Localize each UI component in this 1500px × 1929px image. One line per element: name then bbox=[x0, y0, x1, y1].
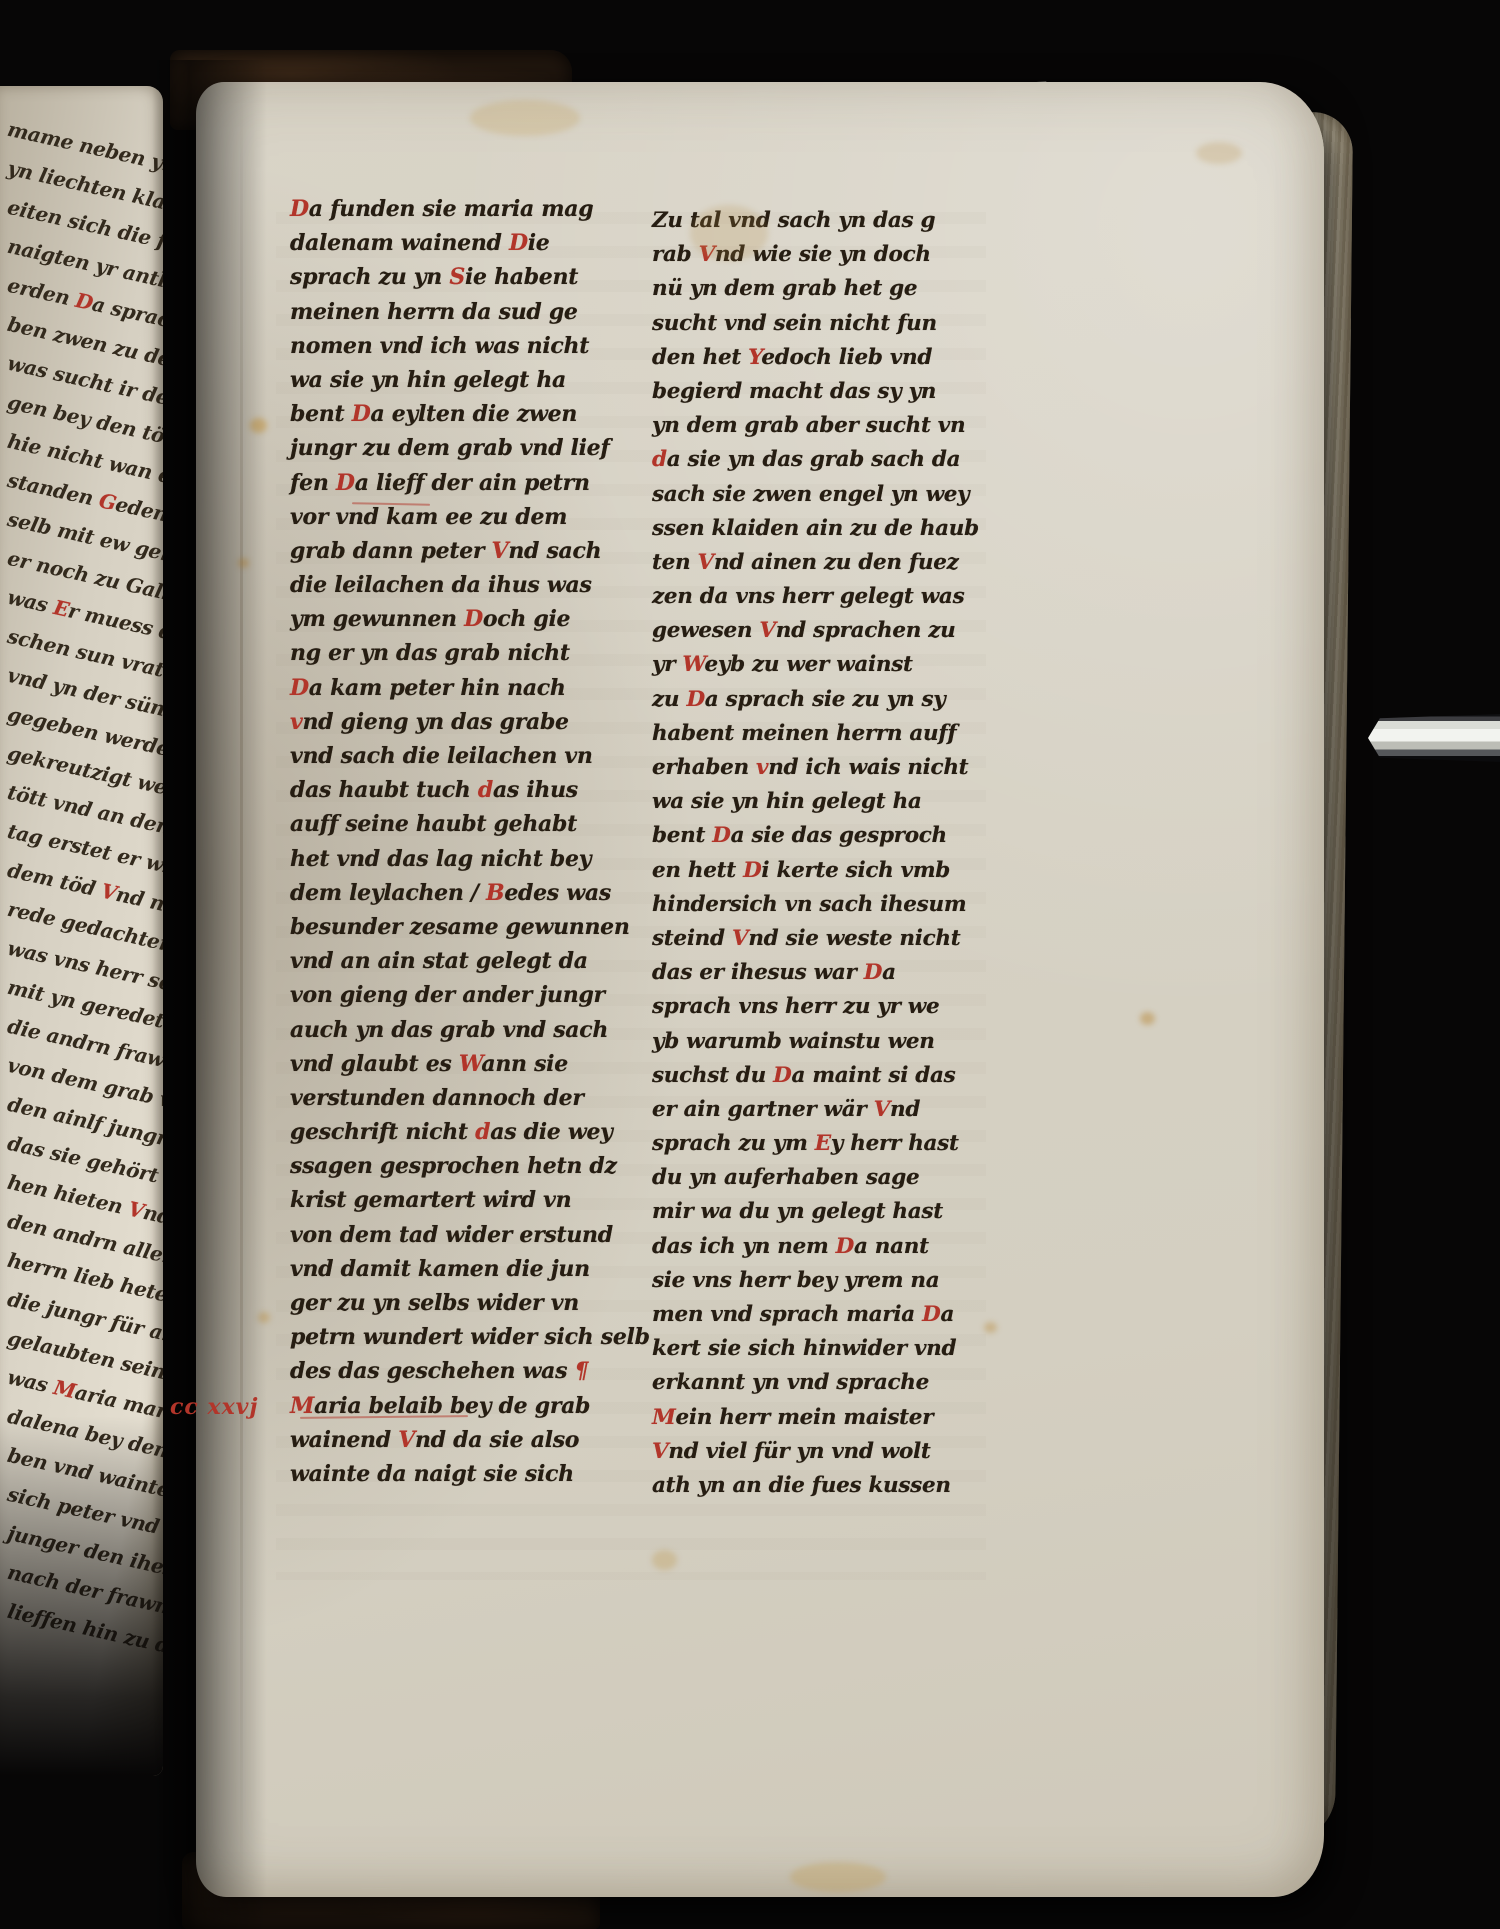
manuscript-text-line: zu Da sprach sie zu yn sy bbox=[652, 683, 982, 717]
manuscript-text-line: nü yn dem grab het ge bbox=[652, 272, 982, 306]
rubric-initial: D bbox=[290, 196, 309, 222]
rubric-initial: D bbox=[464, 606, 483, 632]
rubric-initial: E bbox=[815, 1131, 831, 1156]
manuscript-text-line: Da kam peter hin nach bbox=[290, 671, 610, 705]
manuscript-text-line: sprach zu ym Ey herr hast bbox=[652, 1127, 982, 1161]
manuscript-text-line: erkannt yn vnd sprache bbox=[652, 1366, 982, 1400]
manuscript-text-line: bent Da sie das gesproch bbox=[652, 819, 982, 853]
text-column-left: Da funden sie maria magdalenam wainend D… bbox=[290, 192, 610, 1491]
rubric-initial: ¶ bbox=[575, 1358, 589, 1384]
manuscript-text-line: geschrift nicht das die wey bbox=[290, 1115, 610, 1149]
manuscript-text-line: ger zu yn selbs wider vn bbox=[290, 1286, 610, 1320]
rubric-initial: D bbox=[509, 230, 528, 256]
manuscript-text-line: lieffen hin zu dem grab bbox=[4, 1592, 163, 1702]
previous-page-text: mame neben yn stanyn liechten klaidd da … bbox=[12, 110, 163, 1631]
manuscript-text-line: wainend Vnd da sie also bbox=[290, 1423, 610, 1457]
manuscript-text-line: Vnd viel für yn vnd wolt bbox=[652, 1435, 982, 1469]
manuscript-text-line: kert sie sich hinwider vnd bbox=[652, 1332, 982, 1366]
manuscript-text-line: auff seine haubt gehabt bbox=[290, 807, 610, 841]
manuscript-text-line: ssagen gesprochen hetn dz bbox=[290, 1149, 610, 1183]
manuscript-text-line: jungr zu dem grab vnd lief bbox=[290, 431, 610, 465]
manuscript-text-line: hindersich vn sach ihesum bbox=[652, 888, 982, 922]
manuscript-text-line: die leilachen da ihus was bbox=[290, 568, 610, 602]
manuscript-text-line: vnd an ain stat gelegt da bbox=[290, 944, 610, 978]
rubric-initial: V bbox=[698, 550, 714, 575]
manuscript-text-line: meinen herrn da sud ge bbox=[290, 295, 610, 329]
manuscript-text-line: sucht vnd sein nicht fun bbox=[652, 307, 982, 341]
manuscript-text-line: suchst du Da maint si das bbox=[652, 1059, 982, 1093]
manuscript-text-line: begierd macht das sy yn bbox=[652, 375, 982, 409]
page-holder-clip bbox=[1368, 712, 1500, 764]
manuscript-text-line: des das geschehen was ¶ bbox=[290, 1354, 610, 1388]
manuscript-text-line: vnd gieng yn das grabe bbox=[290, 705, 610, 739]
rubric-initial: V bbox=[652, 1439, 668, 1464]
manuscript-text-line: wa sie yn hin gelegt ha bbox=[290, 363, 610, 397]
rubric-initial: D bbox=[686, 687, 704, 712]
manuscript-text-line: ng er yn das grab nicht bbox=[290, 636, 610, 670]
manuscript-text-line: ten Vnd ainen zu den fuez bbox=[652, 546, 982, 580]
manuscript-page: Da funden sie maria magdalenam wainend D… bbox=[196, 82, 1324, 1897]
manuscript-text-line: yr Weyb zu wer wainst bbox=[652, 648, 982, 682]
text-column-right: Zu tal vnd sach yn das grab Vnd wie sie … bbox=[652, 204, 982, 1503]
manuscript-text-line: wainte da naigt sie sich bbox=[290, 1457, 610, 1491]
manuscript-text-line: rab Vnd wie sie yn doch bbox=[652, 238, 982, 272]
manuscript-text-line: gewesen Vnd sprachen zu bbox=[652, 614, 982, 648]
rubric-initial: M bbox=[652, 1405, 676, 1430]
manuscript-text-line: besunder zesame gewunnen bbox=[290, 910, 610, 944]
rubric-initial: V bbox=[732, 926, 748, 951]
manuscript-text-line: steind Vnd sie weste nicht bbox=[652, 922, 982, 956]
rubric-initial: D bbox=[336, 470, 355, 496]
rubric-initial: d bbox=[475, 1119, 490, 1145]
manuscript-text-line: da sie yn das grab sach da bbox=[652, 443, 982, 477]
manuscript-text-line: krist gemartert wird vn bbox=[290, 1183, 610, 1217]
manuscript-text-line: junger den ihesus lieb het bbox=[4, 1514, 163, 1624]
manuscript-text-line: ssen klaiden ain zu de haub bbox=[652, 512, 982, 546]
manuscript-text-line: auch yn das grab vnd sach bbox=[290, 1013, 610, 1047]
manuscript-text-line: men vnd sprach maria Da bbox=[652, 1298, 982, 1332]
manuscript-text-line: sprach vns herr zu yr we bbox=[652, 990, 982, 1024]
manuscript-text-line: das er ihesus war Da bbox=[652, 956, 982, 990]
manuscript-text-line: sie vns herr bey yrem na bbox=[652, 1264, 982, 1298]
previous-page-edge: mame neben yn stanyn liechten klaidd da … bbox=[0, 86, 163, 1776]
manuscript-text-line: das ich yn nem Da nant bbox=[652, 1230, 982, 1264]
rubric-initial: V bbox=[874, 1097, 890, 1122]
manuscript-text-line: en hett Di kerte sich vmb bbox=[652, 854, 982, 888]
manuscript-text-line: vnd damit kamen die jun bbox=[290, 1252, 610, 1286]
rubric-initial: D bbox=[922, 1302, 940, 1327]
manuscript-text-line: von dem tad wider erstund bbox=[290, 1218, 610, 1252]
manuscript-photograph: mame neben yn stanyn liechten klaidd da … bbox=[0, 0, 1500, 1929]
manuscript-text-line: Da funden sie maria mag bbox=[290, 192, 610, 226]
rubric-initial: D bbox=[712, 823, 730, 848]
manuscript-text-line: yb warumb wainstu wen bbox=[652, 1025, 982, 1059]
rubric-initial: d bbox=[478, 777, 493, 803]
manuscript-text-line: erhaben vnd ich wais nicht bbox=[652, 751, 982, 785]
manuscript-text-line: sach sie zwen engel yn wey bbox=[652, 478, 982, 512]
manuscript-text-line: sprach zu yn Sie habent bbox=[290, 260, 610, 294]
manuscript-text-line: het vnd das lag nicht bey bbox=[290, 842, 610, 876]
rubric-initial: B bbox=[486, 880, 504, 906]
manuscript-text-line: bent Da eylten die zwen bbox=[290, 397, 610, 431]
rubric-initial: v bbox=[290, 709, 302, 735]
manuscript-text-line: Mein herr mein maister bbox=[652, 1401, 982, 1435]
manuscript-text-line: er ain gartner wär Vnd bbox=[652, 1093, 982, 1127]
manuscript-text-line: zen da vns herr gelegt was bbox=[652, 580, 982, 614]
manuscript-text-line: ym gewunnen Doch gie bbox=[290, 602, 610, 636]
rubric-initial: V bbox=[398, 1427, 415, 1453]
rubric-initial: W bbox=[682, 652, 704, 677]
manuscript-text-line: du yn auferhaben sage bbox=[652, 1161, 982, 1195]
manuscript-text-line: den het Yedoch lieb vnd bbox=[652, 341, 982, 375]
manuscript-text-line: yn dem grab aber sucht vn bbox=[652, 409, 982, 443]
rubric-initial: V bbox=[699, 242, 715, 267]
manuscript-text-line: verstunden dannoch der bbox=[290, 1081, 610, 1115]
manuscript-text-line: petrn wundert wider sich selb bbox=[290, 1320, 610, 1354]
manuscript-text-line: das haubt tuch das ihus bbox=[290, 773, 610, 807]
chapter-marker-rubric: cc xxvj bbox=[170, 1394, 258, 1420]
rubric-initial: D bbox=[864, 960, 882, 985]
manuscript-text-line: Zu tal vnd sach yn das g bbox=[652, 204, 982, 238]
rubric-initial: D bbox=[290, 675, 309, 701]
manuscript-text-line: wa sie yn hin gelegt ha bbox=[652, 785, 982, 819]
rubric-initial: D bbox=[773, 1063, 791, 1088]
rubric-initial: V bbox=[492, 538, 509, 564]
manuscript-text-line: ben vnd wainte Da hub bbox=[4, 1436, 163, 1546]
manuscript-text-line: von gieng der ander jungr bbox=[290, 978, 610, 1012]
rubric-initial: v bbox=[756, 755, 768, 780]
manuscript-text-line: dem leylachen / Bedes was bbox=[290, 876, 610, 910]
manuscript-text-line: nomen vnd ich was nicht bbox=[290, 329, 610, 363]
rubric-initial: Y bbox=[748, 345, 761, 370]
manuscript-text-line: dalenam wainend Die bbox=[290, 226, 610, 260]
rubric-initial: d bbox=[652, 447, 667, 472]
manuscript-text-line: fen Da lieff der ain petrn bbox=[290, 466, 610, 500]
manuscript-text-line: mir wa du yn gelegt hast bbox=[652, 1195, 982, 1229]
manuscript-text-line: sich peter vnd der ander bbox=[4, 1475, 163, 1585]
rubric-initial: W bbox=[459, 1051, 482, 1077]
manuscript-text-line: nach der frawn sag vnd bbox=[4, 1553, 163, 1663]
rubric-initial: S bbox=[449, 264, 465, 290]
rubric-initial: D bbox=[836, 1234, 854, 1259]
manuscript-text-line: habent meinen herrn auff bbox=[652, 717, 982, 751]
rubric-initial: M bbox=[290, 1393, 314, 1419]
rubric-initial: D bbox=[743, 858, 761, 883]
manuscript-text-line: grab dann peter Vnd sach bbox=[290, 534, 610, 568]
manuscript-text-line: ath yn an die fues kussen bbox=[652, 1469, 982, 1503]
manuscript-text-line: vnd glaubt es Wann sie bbox=[290, 1047, 610, 1081]
manuscript-text-line: vor vnd kam ee zu dem bbox=[290, 500, 610, 534]
rubric-initial: D bbox=[352, 401, 371, 427]
rubric-initial: V bbox=[759, 618, 775, 643]
manuscript-text-line: vnd sach die leilachen vn bbox=[290, 739, 610, 773]
